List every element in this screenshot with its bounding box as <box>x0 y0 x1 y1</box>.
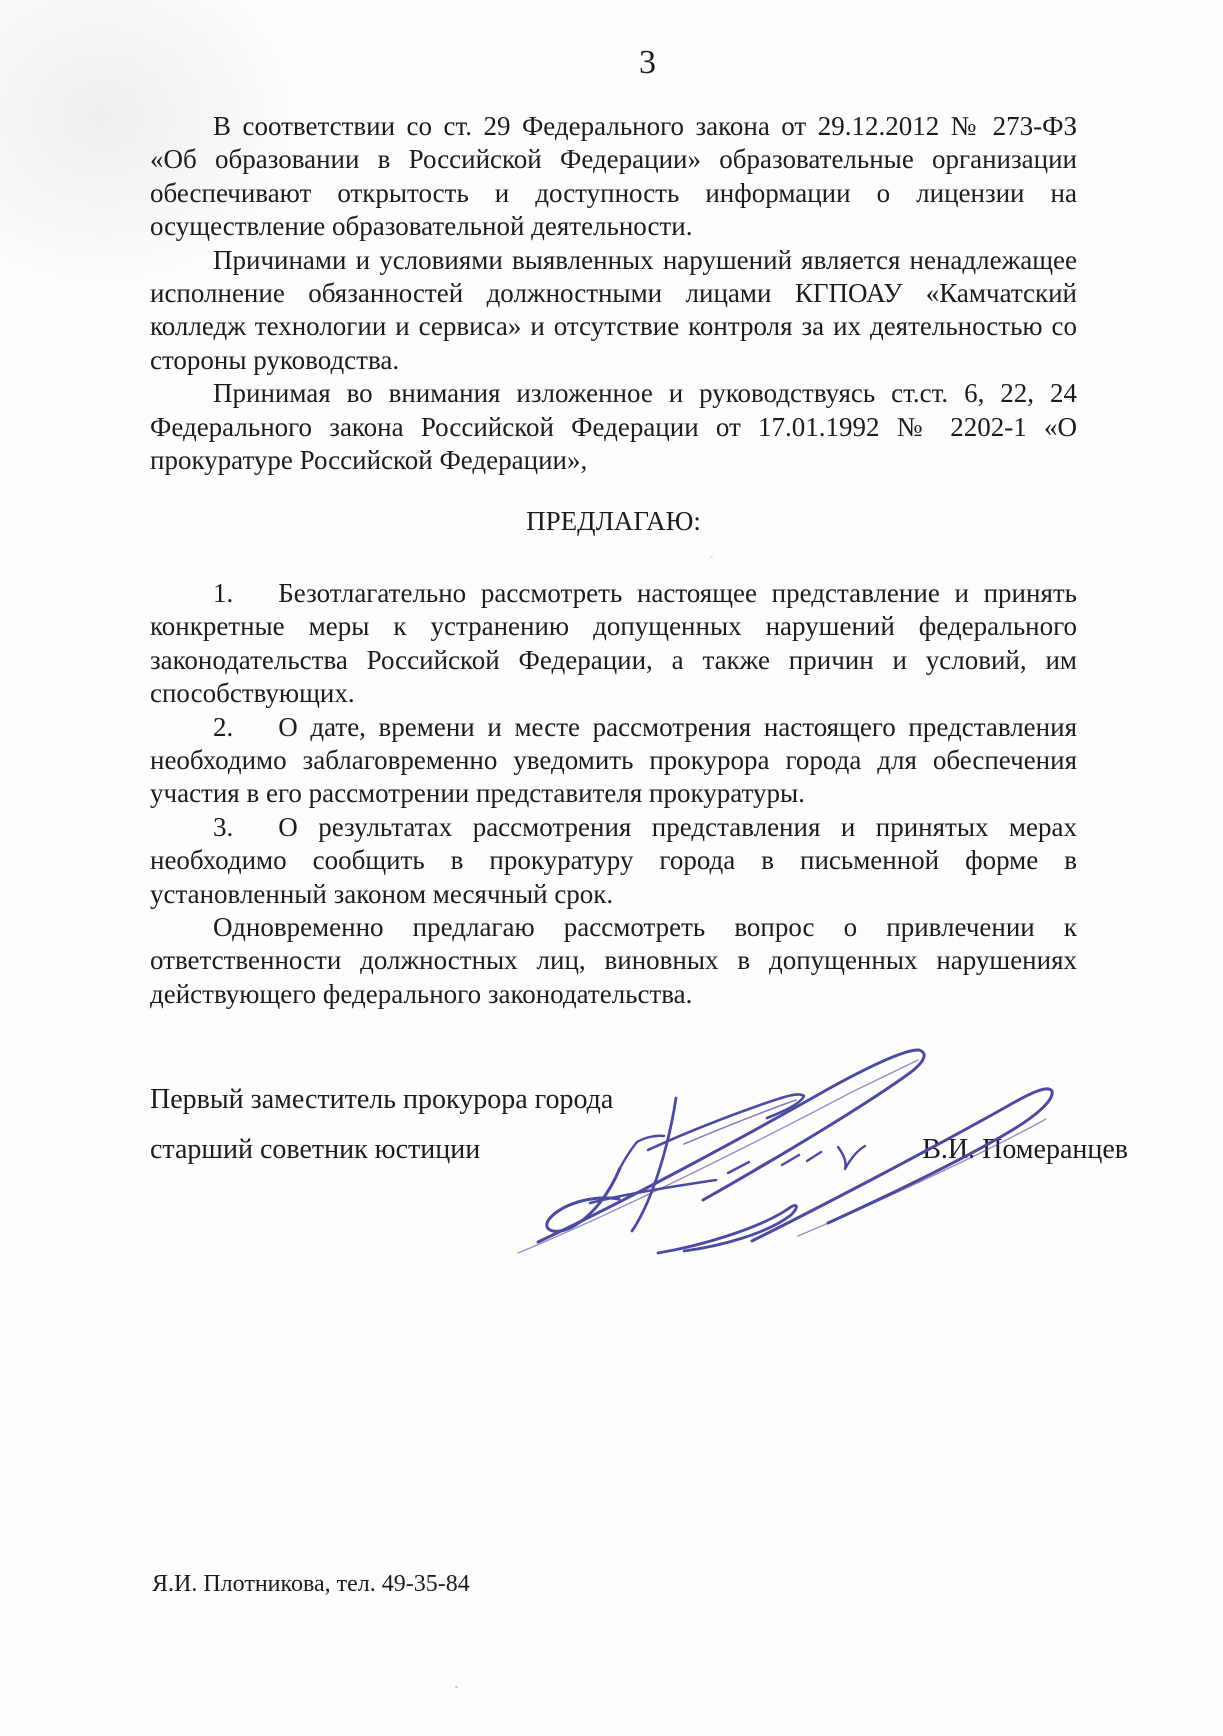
document-body: В соответствии со ст. 29 Федерального за… <box>150 110 1077 1011</box>
executor-contact: Я.И. Плотникова, тел. 49-35-84 <box>152 1570 470 1598</box>
item-number: 3. <box>213 812 233 842</box>
item-number: 2. <box>213 712 233 742</box>
proposal-item-2: 2.О дате, времени и месте рассмотрения н… <box>150 711 1077 811</box>
paragraph-law-basis: В соответствии со ст. 29 Федерального за… <box>150 110 1077 244</box>
item-text: О дате, времени и месте рассмотрения нас… <box>150 712 1077 809</box>
proposal-item-3: 3.О результатах рассмотрения представлен… <box>150 811 1077 911</box>
proposal-heading: ПРЕДЛАГАЮ: <box>150 505 1077 538</box>
item-text: О результатах рассмотрения представления… <box>150 812 1077 909</box>
closing-paragraph: Одновременно предлагаю рассмотреть вопро… <box>150 911 1077 1011</box>
proposal-item-1: 1.Безотлагательно рассмотреть настоящее … <box>150 577 1077 711</box>
paragraph-considering: Принимая во внимания изложенное и руково… <box>150 377 1077 477</box>
signatory-title-line2: старший советник юстиции <box>150 1133 480 1167</box>
scan-speck <box>455 1686 458 1688</box>
item-number: 1. <box>213 578 233 608</box>
page-number: 3 <box>0 46 1223 80</box>
signature-strokes <box>518 1050 1052 1253</box>
signature-ink <box>500 1040 1060 1255</box>
item-text: Безотлагательно рассмотреть настоящее пр… <box>150 578 1077 708</box>
paragraph-causes: Причинами и условиями выявленных нарушен… <box>150 244 1077 378</box>
scanned-document-page: 3 В соответствии со ст. 29 Федерального … <box>0 0 1223 1736</box>
